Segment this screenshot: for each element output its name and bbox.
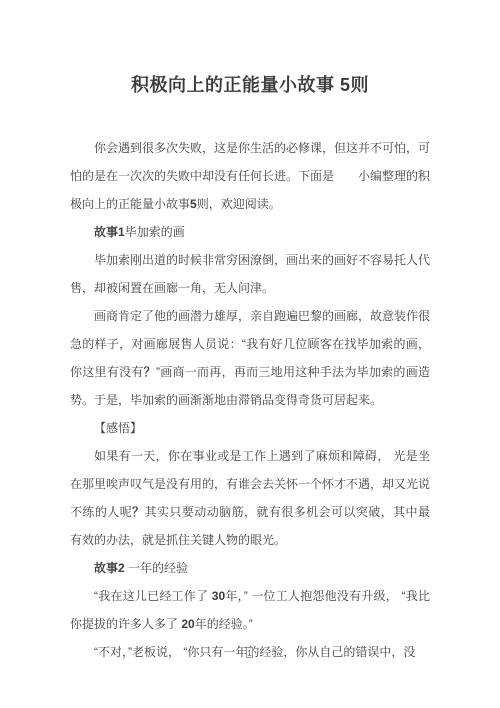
text-run: 【感悟】 <box>94 421 142 435</box>
paragraph: 故事1毕加索的画 <box>70 218 430 246</box>
paragraph: 故事2 一年的经验 <box>70 554 430 582</box>
text-run: 一年的经验 <box>125 561 188 575</box>
page-number-marker: 1 <box>246 647 253 658</box>
paragraph: 毕加索刚出道的时候非常穷困潦倒，画出来的画好不容易托人代售，却被闲置在画廊一角，… <box>70 246 430 302</box>
document-body: 你会遇到很多次失败，这是你生活的必修课，但这并不可怕，可怕的是在一次次的失败中却… <box>70 134 430 666</box>
paragraph: 你会遇到很多次失败，这是你生活的必修课，但这并不可怕，可怕的是在一次次的失败中却… <box>70 134 430 218</box>
bold-text-run: ？ <box>144 365 156 379</box>
bold-text-run: 故事2 <box>94 561 125 575</box>
text-run: “我在这儿已经工作了 <box>94 589 212 603</box>
paragraph: 【感悟】 <box>70 414 430 442</box>
bold-text-run: 故事1 <box>94 225 125 239</box>
text-run: 则，欢迎阅读。 <box>197 197 281 211</box>
page-title: 积极向上的正能量小故事 5则 <box>70 70 430 100</box>
text-run: 年的经验。” <box>195 617 253 631</box>
bold-text-run: 30 <box>212 589 225 603</box>
bold-text-run: 5 <box>190 197 197 211</box>
text-run: 毕加索的画 <box>125 225 185 239</box>
bold-text-run: ？ <box>132 505 144 519</box>
paragraph: “我在这儿已经工作了 30年，” 一位工人抱怨他没有升级， “我比你提拔的许多人… <box>70 582 430 638</box>
text-run: “不对，”老板说， “你只有一年的经验，你从自己的错误中，没 <box>94 645 415 659</box>
document-page: 积极向上的正能量小故事 5则 你会遇到很多次失败，这是你生活的必修课，但这并不可… <box>0 0 500 708</box>
paragraph: 如果有一天，你在事业或是工作上遇到了麻烦和障碍， 光是坐在那里唉声叹气是没有用的… <box>70 442 430 554</box>
text-run: 毕加索刚出道的时候非常穷困潦倒，画出来的画好不容易托人代售，却被闲置在画廊一角，… <box>70 253 430 295</box>
paragraph: 画商肯定了他的画潜力雄厚，亲自跑遍巴黎的画廊，故意装作很急的样子，对画廊展售人员… <box>70 302 430 414</box>
bold-text-run: 20 <box>181 617 194 631</box>
